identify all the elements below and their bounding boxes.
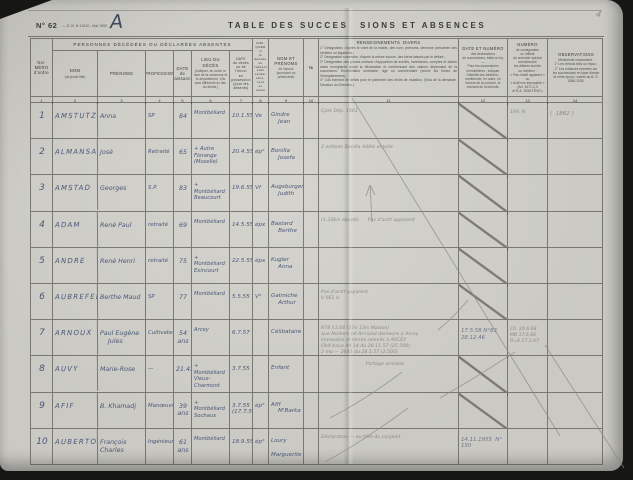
cell-date-deces: 20.4.55 bbox=[230, 139, 253, 174]
cell-date-numero bbox=[459, 393, 508, 428]
cell-renseignements: R78 f.3.66 (17e 13m Maison) que Norbert … bbox=[319, 320, 459, 355]
col-header-nom: NOM(de jeune fille) bbox=[53, 51, 98, 96]
table-row: 7 ARNOUX Paul Eugène Jules Cultivateur 5… bbox=[31, 320, 602, 356]
col-header-profession: PROFESSION bbox=[146, 51, 174, 96]
cell-etat-civil: ép° bbox=[253, 429, 269, 464]
cell-lieu-deces: Montbéliard bbox=[192, 429, 230, 464]
cell-etat-civil: épx bbox=[253, 248, 269, 283]
cell-nom: ANDRE bbox=[53, 248, 98, 284]
page-number: 4 bbox=[595, 9, 602, 20]
col-header-date-deces: DATE du décès ou de l'envoi en possessio… bbox=[230, 51, 253, 96]
cell-numero: 2 bbox=[31, 139, 53, 174]
table-row: 3 AMSTAD Georges S.P. 83 + Montbéliard B… bbox=[31, 175, 602, 211]
cell-etat-civil: Vf bbox=[253, 175, 269, 210]
cell-observations bbox=[548, 284, 602, 319]
cell-renvoi bbox=[304, 248, 319, 283]
col-header-prenoms: PRÉNOMS bbox=[98, 51, 146, 96]
cell-etat-civil: ép° bbox=[253, 393, 269, 428]
cell-date-numero bbox=[459, 284, 508, 319]
cell-date-numero bbox=[459, 103, 508, 138]
col-header-renvoi: № bbox=[304, 39, 319, 96]
cell-date-naissance: 54 ans bbox=[174, 320, 192, 355]
cell-profession: — bbox=[146, 356, 174, 391]
form-reference: — O. B. N 11010 - Mai 1952. bbox=[62, 24, 108, 28]
cell-renvoi bbox=[304, 139, 319, 174]
cell-prenoms: René Henri bbox=[98, 248, 146, 283]
table-row: 1 AMSTUTZ Anna SP 84 Montbéliard 10.1.55… bbox=[31, 103, 602, 139]
cell-nom: AUBERTOT bbox=[53, 428, 98, 464]
handwritten-letter-a: A bbox=[110, 11, 124, 33]
cell-numero: 10 bbox=[31, 429, 53, 464]
col-header-observations: OBSERVATIONSMentionner notamment : 1° Le… bbox=[548, 39, 604, 96]
col-header-date-numero: DATE ET NUMÉROdes déclarations de succes… bbox=[459, 39, 508, 96]
cell-numero-consignation bbox=[508, 175, 548, 210]
cell-observations bbox=[548, 393, 602, 428]
cell-date-naissance: 65 bbox=[174, 139, 192, 174]
cell-prenoms: Marie-Rose bbox=[98, 356, 146, 391]
table-row: 8 AUVY Marie-Rose — 21.4.45 + Montbéliar… bbox=[31, 356, 602, 392]
cell-observations bbox=[548, 356, 602, 391]
cell-nom: ALMANSA bbox=[53, 139, 98, 175]
cell-renseignements bbox=[319, 393, 459, 428]
cell-prenoms: François Charles bbox=[98, 429, 146, 464]
cell-renvoi bbox=[304, 175, 319, 210]
table-header: PERSONNES DÉCÉDÉES OU DÉCLARÉES ABSENTES… bbox=[30, 38, 603, 103]
group-header: PERSONNES DÉCÉDÉES OU DÉCLARÉES ABSENTES bbox=[53, 39, 253, 51]
cell-numero-consignation bbox=[508, 356, 548, 391]
table-row: 4 ADAM René Paul retraité 69 Montbéliard… bbox=[31, 212, 602, 248]
cell-renseignements: (1.33bis réputé) Pas d'actif apparent bbox=[319, 212, 459, 247]
col-header-numero-consignation: NUMÉROde consignation ou intitulé du som… bbox=[508, 39, 548, 96]
table-row: 6 AUBREFELD Berthe Maud SP 77 Montbéliar… bbox=[31, 284, 602, 320]
cell-numero-consignation: 169. N bbox=[508, 103, 548, 138]
cell-date-deces: 3.7.55 (17.7.55) bbox=[230, 393, 253, 428]
cell-date-deces: 3.7.55 bbox=[230, 356, 253, 391]
cell-date-deces: 14.5.55 bbox=[230, 212, 253, 247]
cell-etat-civil: épx bbox=[253, 212, 269, 247]
cell-observations bbox=[548, 212, 602, 247]
table-row: 10 AUBERTOT François Charles Ingénieur 6… bbox=[31, 429, 602, 465]
cell-date-numero bbox=[459, 248, 508, 283]
cell-date-deces: 19.6.55 bbox=[230, 175, 253, 210]
cell-date-numero: 17.5.58 N°83 28.12.46 bbox=[459, 320, 508, 355]
cell-etat-civil bbox=[253, 320, 269, 355]
cell-nom: AMSTAD bbox=[53, 175, 98, 211]
cell-prenoms: B. Khamadj bbox=[98, 393, 146, 428]
cell-date-deces: 5.5.55 bbox=[230, 284, 253, 319]
cell-observations bbox=[548, 175, 602, 210]
cell-renseignements: Partage amiable bbox=[319, 356, 459, 391]
cell-lieu-deces: + Montbéliard Exincourt bbox=[192, 248, 230, 283]
cell-epoux: Gindre Jean bbox=[269, 103, 304, 138]
cell-date-deces: 10.1.55 bbox=[230, 103, 253, 138]
cell-renseignements bbox=[319, 248, 459, 283]
cell-lieu-deces: Montbéliard bbox=[192, 284, 230, 319]
cell-renseignements: 2 enfants Bonilla Adèle et Julie bbox=[319, 139, 459, 174]
page-title-left: TABLE DES SUCCES bbox=[228, 21, 348, 30]
form-number: N° 62 bbox=[36, 21, 57, 30]
cell-date-numero bbox=[459, 175, 508, 210]
col-header-lieu-deces: LIEU DU DÉCÈS(Indiquer, en outre, le nom… bbox=[192, 51, 230, 96]
cell-date-naissance: 84 bbox=[174, 103, 192, 138]
cell-nom: AUVY bbox=[53, 356, 98, 392]
cell-renseignements: Cpte Dép. 1861 bbox=[319, 103, 459, 138]
cell-nom: ADAM bbox=[53, 211, 98, 247]
cell-lieu-deces: + Autre Florange (Moselle) bbox=[192, 139, 230, 174]
table-row: 5 ANDRE René Henri retraité 75 + Montbél… bbox=[31, 248, 602, 284]
table-row: 9 AFIF B. Khamadj Manœuvre 39 ans + Mont… bbox=[31, 393, 602, 429]
cell-prenoms: José bbox=[98, 139, 146, 174]
cell-date-naissance: 77 bbox=[174, 284, 192, 319]
cell-numero: 3 bbox=[31, 175, 53, 210]
cell-etat-civil: ép° bbox=[253, 139, 269, 174]
cell-profession: Manœuvre bbox=[146, 393, 174, 428]
cell-date-deces: 18.9.55 bbox=[230, 429, 253, 464]
cell-epoux: Augsburger Judith bbox=[269, 175, 304, 210]
cell-date-naissance: 75 bbox=[174, 248, 192, 283]
scanned-register-page: N° 62 — O. B. N 11010 - Mai 1952. A TABL… bbox=[0, 0, 623, 471]
cell-epoux: Célibataire bbox=[269, 320, 304, 355]
cell-date-naissance: 61 ans bbox=[174, 429, 192, 464]
cell-epoux: Bonilla Josefa bbox=[269, 139, 304, 174]
cell-numero-consignation bbox=[508, 393, 548, 428]
cell-prenoms: Anna bbox=[98, 103, 146, 138]
cell-date-numero bbox=[459, 212, 508, 247]
cell-numero: 1 bbox=[31, 103, 53, 138]
cell-nom: AFIF bbox=[53, 392, 98, 428]
cell-date-numero: 14.11.1955 N° 150 bbox=[459, 429, 508, 464]
cell-epoux: Enfant bbox=[269, 356, 304, 391]
col-header-etat-civil: INDI- QUER si le décédé ou l'absent étai… bbox=[253, 39, 269, 96]
cell-profession: SP bbox=[146, 284, 174, 319]
cell-numero-consignation bbox=[508, 139, 548, 174]
col-header-renseignements: RENSEIGNEMENTS DIVERS1° Désignation, d'a… bbox=[319, 39, 459, 96]
cell-profession: Cultivateur bbox=[146, 320, 174, 355]
cell-renvoi bbox=[304, 212, 319, 247]
cell-etat-civil: Ve bbox=[253, 103, 269, 138]
cell-prenoms: Paul Eugène Jules bbox=[98, 320, 146, 355]
cell-numero: 6 bbox=[31, 284, 53, 319]
cell-lieu-deces: Montbéliard bbox=[192, 103, 230, 138]
cell-renvoi bbox=[304, 320, 319, 355]
cell-numero-consignation bbox=[508, 429, 548, 464]
cell-renvoi bbox=[304, 393, 319, 428]
cell-profession: retraité bbox=[146, 248, 174, 283]
cell-prenoms: René Paul bbox=[98, 212, 146, 247]
cell-date-numero bbox=[459, 356, 508, 391]
cell-observations: ( 1862 ) bbox=[548, 103, 602, 138]
cell-observations bbox=[548, 139, 602, 174]
cell-date-naissance: 39 ans bbox=[174, 393, 192, 428]
cell-date-deces: 22.5.55 bbox=[230, 248, 253, 283]
cell-date-naissance: 83 bbox=[174, 175, 192, 210]
cell-lieu-deces: Arcey bbox=[192, 320, 230, 355]
table-body: 1 AMSTUTZ Anna SP 84 Montbéliard 10.1.55… bbox=[30, 103, 603, 465]
cell-numero: 5 bbox=[31, 248, 53, 283]
cell-numero: 9 bbox=[31, 393, 53, 428]
cell-epoux: Galmiche Arthur bbox=[269, 284, 304, 319]
cell-renvoi bbox=[304, 429, 319, 464]
cell-date-naissance: 21.4.45 bbox=[174, 356, 192, 391]
cell-nom: AUBREFELD bbox=[53, 284, 98, 320]
cell-epoux: Bastard Berthe bbox=[269, 212, 304, 247]
cell-observations bbox=[548, 248, 602, 283]
cell-numero: 7 bbox=[31, 320, 53, 355]
cell-etat-civil: V° bbox=[253, 284, 269, 319]
cell-nom: AMSTUTZ bbox=[53, 103, 98, 139]
cell-epoux: Afif M'Barka bbox=[269, 393, 304, 428]
cell-numero: 4 bbox=[31, 212, 53, 247]
cell-numero-consignation bbox=[508, 212, 548, 247]
cell-profession: retraité bbox=[146, 212, 174, 247]
cell-numero-consignation: Ch. 29.6.68 MB 17.6.66 R=9 17.2.67 bbox=[508, 320, 548, 355]
col-header-epoux: NOM ET PRÉNOMSde l'époux (survivant ou p… bbox=[269, 39, 304, 96]
cell-lieu-deces: + Montbéliard Beaucourt bbox=[192, 175, 230, 210]
header-rule bbox=[28, 36, 604, 37]
cell-numero: 8 bbox=[31, 356, 53, 391]
cell-date-numero bbox=[459, 139, 508, 174]
cell-epoux: Kugler Anna bbox=[269, 248, 304, 283]
cell-profession: S.P. bbox=[146, 175, 174, 210]
cell-observations bbox=[548, 429, 602, 464]
cell-date-naissance: 69 bbox=[174, 212, 192, 247]
cell-renseignements: Pas d'actif apparent V 661 b bbox=[319, 284, 459, 319]
cell-lieu-deces: + Montbéliard Sochaux bbox=[192, 393, 230, 428]
col-header-date-naissance: DATE de naissance bbox=[174, 51, 192, 96]
cell-prenoms: Berthe Maud bbox=[98, 284, 146, 319]
scan-corner-shadow bbox=[0, 0, 52, 19]
cell-lieu-deces: Montbéliard bbox=[192, 212, 230, 247]
cell-renseignements: Déclaration — au titre du conjoint bbox=[319, 429, 459, 464]
cell-nom: ARNOUX bbox=[53, 320, 98, 356]
page-title-right: SIONS ET ABSENCES bbox=[360, 21, 486, 30]
cell-renvoi bbox=[304, 284, 319, 319]
table-row: 2 ALMANSA José Retraité 65 + Autre Flora… bbox=[31, 139, 602, 175]
cell-etat-civil bbox=[253, 356, 269, 391]
cell-profession: SP bbox=[146, 103, 174, 138]
col-header-numero: NU- MÉRO d'ordre bbox=[31, 39, 53, 96]
cell-prenoms: Georges bbox=[98, 175, 146, 210]
cell-lieu-deces: + Montbéliard Vieux-Charmont bbox=[192, 356, 230, 391]
cell-profession: Retraité bbox=[146, 139, 174, 174]
cell-profession: Ingénieur bbox=[146, 429, 174, 464]
cell-renvoi bbox=[304, 103, 319, 138]
cell-numero-consignation bbox=[508, 284, 548, 319]
cell-epoux: Loury Marguerite bbox=[269, 429, 304, 464]
cell-renvoi bbox=[304, 356, 319, 391]
cell-observations bbox=[548, 320, 602, 355]
cell-renseignements bbox=[319, 175, 459, 210]
cell-date-deces: 6.7.57 bbox=[230, 320, 253, 355]
cell-numero-consignation bbox=[508, 248, 548, 283]
